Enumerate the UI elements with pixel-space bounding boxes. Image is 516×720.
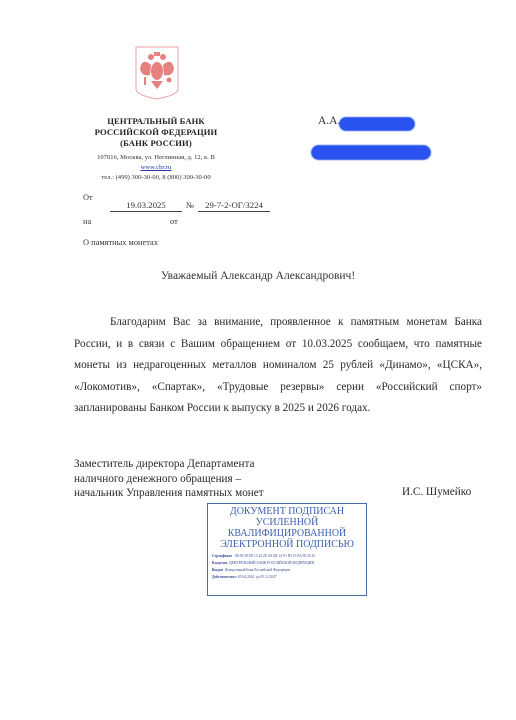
outgoing-number: 29-7-2-ОГ/3224 [198, 200, 270, 212]
valid-to-label: до [256, 575, 260, 579]
signer-position-line-2: наличного денежного обращения – [74, 472, 334, 487]
valid-from: 05.04.2024 [238, 575, 254, 579]
redaction-mark-surname [339, 117, 415, 131]
owner-label: Владелец [212, 561, 227, 565]
signer-position-line-1: Заместитель директора Департамента [74, 457, 334, 472]
stamp-issuer: Выдан Центральный банк Российской Федера… [212, 567, 362, 574]
certificate-label: Сертификат [212, 554, 232, 558]
validity-label: Действителен с [212, 575, 237, 579]
from-label: От [83, 193, 93, 202]
valid-to: 05.12.2027 [261, 575, 277, 579]
issuer-label: Выдан [212, 568, 223, 572]
on-label: на [83, 217, 91, 226]
bank-name-line-3: (БАНК РОССИИ) [80, 138, 232, 149]
stamp-owner: Владелец ЦЕНТРАЛЬНЫЙ БАНК РОССИЙСКОЙ ФЕД… [212, 560, 362, 567]
bank-phone: тел.: (499) 300-30-00, 8 (800) 300-30-00 [80, 173, 232, 183]
signer-position-line-3: начальник Управления памятных монет [74, 486, 334, 501]
stamp-heading-line-2: УСИЛЕННОЙ [212, 517, 362, 528]
stamp-details: Сертификат 0E 69 58 0D 13 22 2E 0A 6D 1A… [212, 553, 362, 581]
bank-name-line-2: РОССИЙСКОЙ ФЕДЕРАЦИИ [80, 127, 232, 138]
owner-value: ЦЕНТРАЛЬНЫЙ БАНК РОССИЙСКОЙ ФЕДЕРАЦИИ [229, 561, 314, 565]
signer-name: И.С. Шумейко [402, 486, 471, 498]
bank-name: ЦЕНТРАЛЬНЫЙ БАНК РОССИЙСКОЙ ФЕДЕРАЦИИ (Б… [80, 116, 232, 149]
letter-body: Благодарим Вас за внимание, проявленное … [74, 312, 482, 420]
redaction-mark-address [311, 145, 431, 160]
subject-line: О памятных монетах [83, 238, 158, 247]
bank-address: 107016, Москва, ул. Неглинная, д. 12, к.… [80, 153, 232, 163]
stamp-certificate: Сертификат 0E 69 58 0D 13 22 2E 0A 6D 1A… [212, 553, 362, 560]
coat-of-arms-icon [134, 45, 180, 101]
bank-website-link[interactable]: www.cbr.ru [141, 164, 172, 171]
of-label: от [170, 217, 178, 226]
stamp-heading-line-3: КВАЛИФИЦИРОВАННОЙ [212, 528, 362, 539]
bank-name-line-1: ЦЕНТРАЛЬНЫЙ БАНК [80, 116, 232, 127]
outgoing-date: 19.03.2025 [110, 200, 182, 212]
stamp-heading-line-4: ЭЛЕКТРОННОЙ ПОДПИСЬЮ [212, 539, 362, 550]
issuer-value: Центральный банк Российской Федерации [225, 568, 290, 572]
stamp-validity: Действителен с 05.04.2024 до 05.12.2027 [212, 574, 362, 581]
recipient-initials: А.А. [318, 115, 340, 127]
number-label: № [186, 201, 194, 210]
bank-contacts: 107016, Москва, ул. Неглинная, д. 12, к.… [80, 153, 232, 183]
greeting: Уважаемый Александр Александрович! [0, 270, 516, 282]
stamp-heading: ДОКУМЕНТ ПОДПИСАН УСИЛЕННОЙ КВАЛИФИЦИРОВ… [212, 506, 362, 550]
signer-position: Заместитель директора Департамента налич… [74, 457, 334, 501]
stamp-heading-line-1: ДОКУМЕНТ ПОДПИСАН [212, 506, 362, 517]
electronic-signature-stamp: ДОКУМЕНТ ПОДПИСАН УСИЛЕННОЙ КВАЛИФИЦИРОВ… [207, 503, 367, 596]
